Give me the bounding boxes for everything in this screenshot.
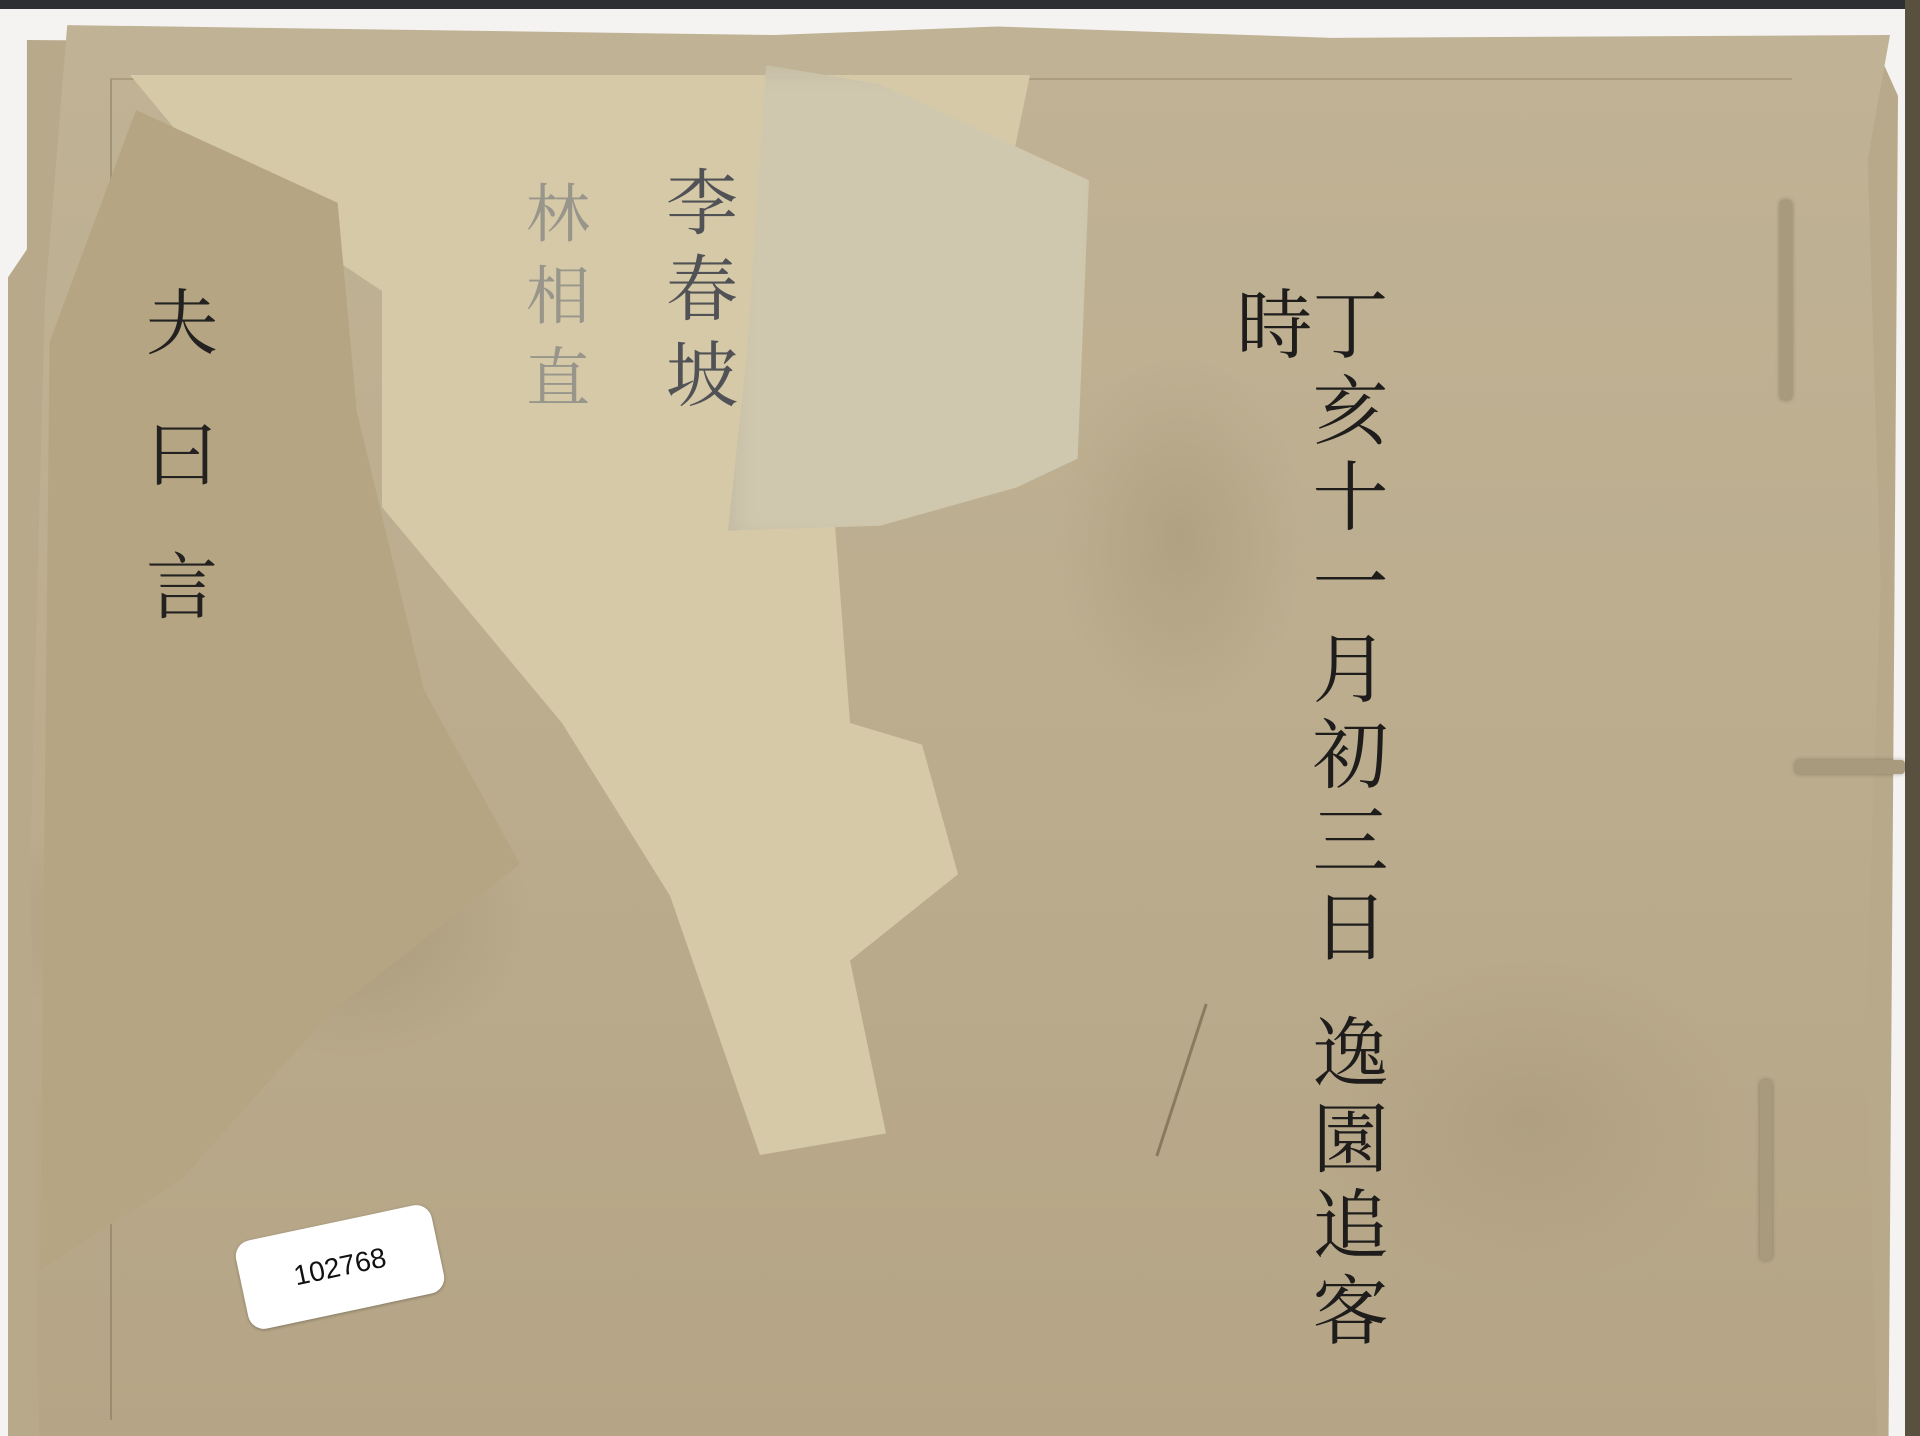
scanner-top-bar <box>0 0 1920 9</box>
binding-thread-middle <box>1795 760 1905 774</box>
binding-thread-bottom <box>1760 1080 1772 1260</box>
left-ink-column: 夫曰言 <box>140 285 212 681</box>
main-inscription: 丁亥十一月初三日逸園追客時 <box>1230 285 1382 1436</box>
binding-thread-top <box>1780 200 1792 400</box>
middle-ink-column: 李春坡 <box>660 165 732 423</box>
catalog-number: 102768 <box>291 1242 389 1293</box>
scanner-right-edge <box>1905 0 1920 1436</box>
faint-ink-column: 林相直 <box>520 180 584 426</box>
inscription-date: 丁亥十一月初三日 <box>1300 285 1389 973</box>
